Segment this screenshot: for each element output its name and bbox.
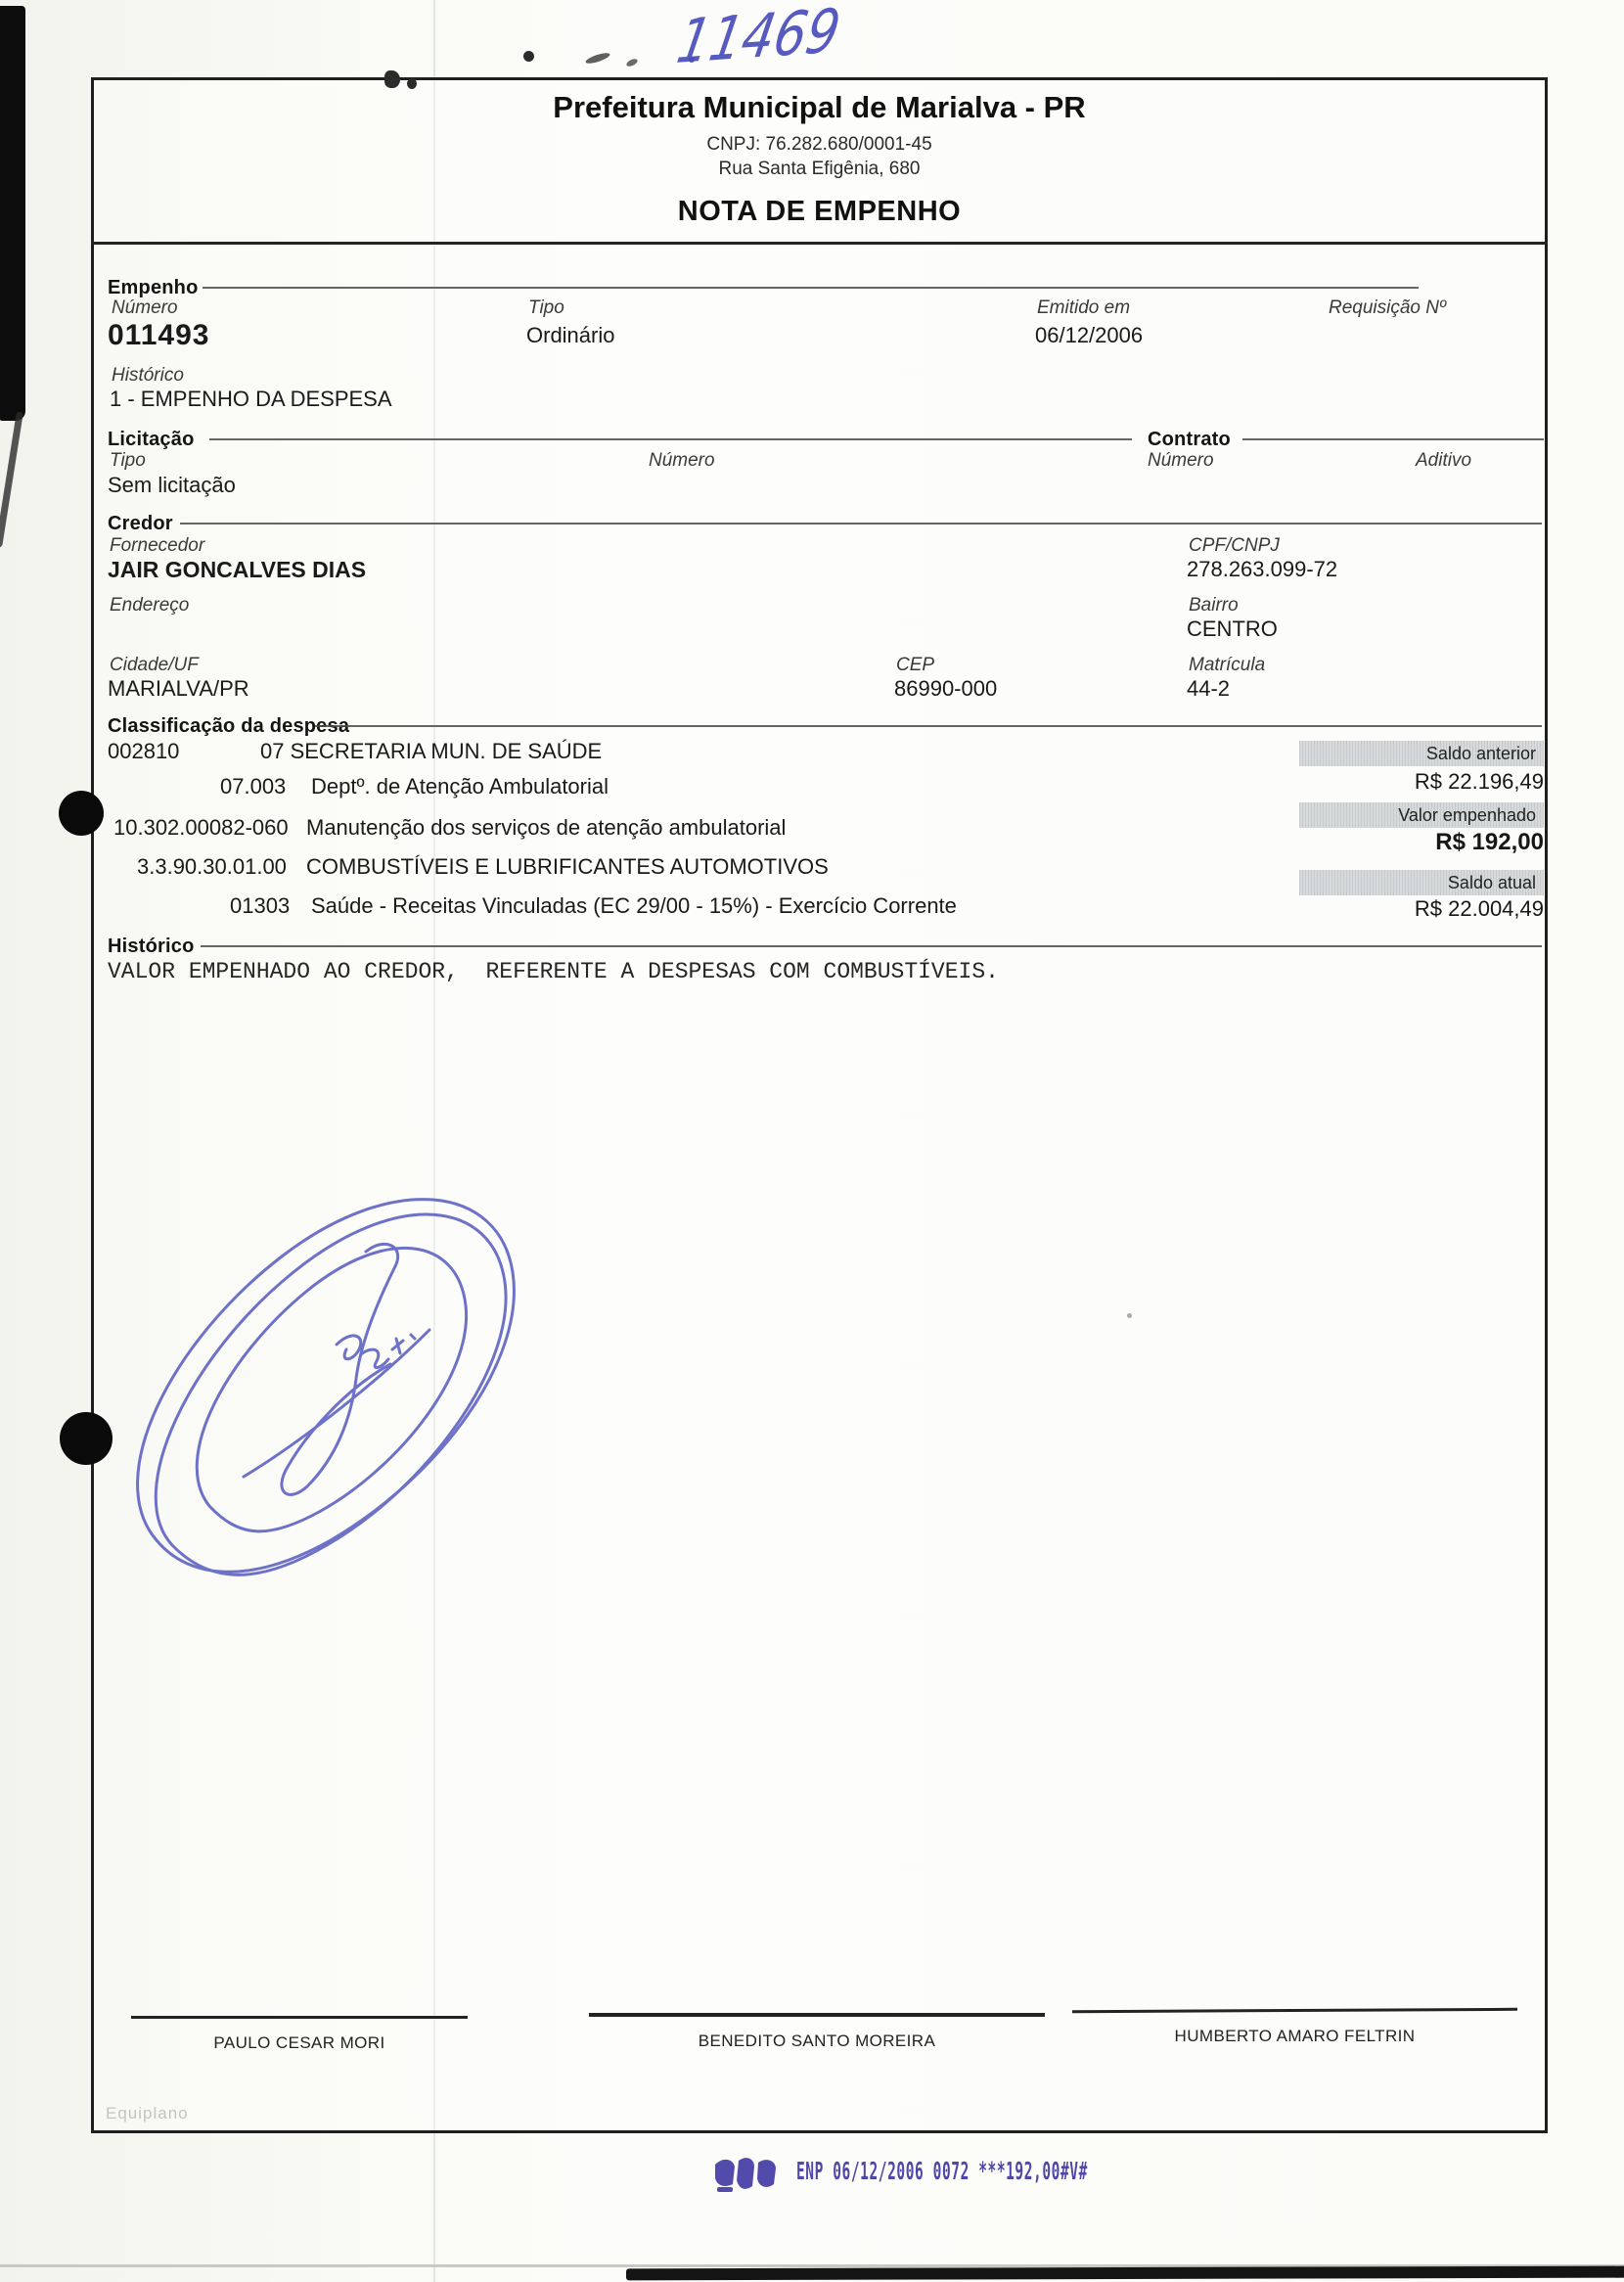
software-watermark: Equiplano [106,2104,189,2123]
empenho-tipo-value: Ordinário [526,323,614,348]
empenho-tipo-label: Tipo [528,297,564,319]
ink-speck [523,51,534,62]
saldo-anterior-bar: Saldo anterior [1299,741,1544,766]
empenho-historico-value: 1 - EMPENHO DA DESPESA [110,387,392,412]
section-classificacao-rule [315,725,1542,727]
ink-speck [625,58,638,68]
credor-fornecedor-label: Fornecedor [110,535,204,557]
saldo-atual-value: R$ 22.004,49 [1299,896,1544,922]
classification-row-text: Deptº. de Atenção Ambulatorial [311,774,609,799]
handwritten-page-number: 11469 [672,0,845,77]
credor-matricula-value: 44-2 [1187,676,1230,702]
section-credor-rule [180,523,1542,525]
section-historico-rule [201,945,1542,947]
empenho-emitido-label: Emitido em [1037,297,1130,319]
saldo-atual-bar: Saldo atual [1299,870,1544,895]
header-divider [91,242,1548,245]
valor-empenhado-bar: Valor empenhado [1299,802,1544,828]
credor-cpf-label: CPF/CNPJ [1189,535,1280,557]
contrato-aditivo-label: Aditivo [1416,450,1471,472]
empenho-emitido-value: 06/12/2006 [1035,323,1143,348]
classification-row-code: 3.3.90.30.01.00 [137,854,287,880]
classification-row-code: 10.302.00082-060 [113,815,289,841]
hole-punch-mark [60,1412,113,1465]
ink-speck [1127,1313,1132,1318]
scan-edge-left-streak [0,411,23,547]
section-empenho-rule [203,287,1419,289]
header-title: Prefeitura Municipal de Marialva - PR [91,90,1548,125]
ink-speck [384,70,400,88]
empenho-requisicao-label: Requisição Nº [1329,297,1446,319]
document-type-title: NOTA DE EMPENHO [91,196,1548,228]
historico-text: VALOR EMPENHADO AO CREDOR, REFERENTE A D… [108,959,999,984]
ink-speck [585,51,611,66]
section-contrato-label: Contrato [1148,429,1231,451]
hole-punch-mark [59,791,104,836]
section-licitacao-rule [209,438,1132,440]
section-historico-label: Histórico [108,936,194,958]
signature-name: BENEDITO SANTO MOREIRA [589,2031,1045,2051]
licitacao-tipo-value: Sem licitação [108,473,236,498]
credor-bairro-label: Bairro [1189,595,1239,616]
section-licitacao-label: Licitação [108,429,195,451]
licitacao-tipo-label: Tipo [110,450,146,472]
signature-line [131,2016,468,2019]
credor-matricula-label: Matrícula [1189,655,1265,676]
credor-cidade-label: Cidade/UF [110,655,199,676]
classification-row-code: 002810 [108,739,179,764]
valor-empenhado-value: R$ 192,00 [1299,829,1544,856]
saldo-anterior-value: R$ 22.196,49 [1299,769,1544,795]
signature-name: PAULO CESAR MORI [131,2033,468,2053]
empenho-historico-label: Histórico [112,365,184,387]
classification-row-code: 01303 [230,893,290,919]
credor-cpf-value: 278.263.099-72 [1187,557,1337,582]
classification-row-text: COMBUSTÍVEIS E LUBRIFICANTES AUTOMOTIVOS [306,854,829,880]
licitacao-numero-label: Número [649,450,715,472]
classification-row-text: Saúde - Receitas Vinculadas (EC 29/00 - … [311,893,957,919]
classification-row-text: Manutenção dos serviços de atenção ambul… [306,815,786,841]
ink-speck [407,78,417,89]
credor-cidade-value: MARIALVA/PR [108,676,249,702]
header-cnpj: CNPJ: 76.282.680/0001-45 [91,134,1548,156]
handwritten-signature [115,1153,536,1583]
signature-name: HUMBERTO AMARO FELTRIN [1072,2027,1517,2046]
signature-line [589,2013,1045,2017]
section-credor-label: Credor [108,513,173,535]
section-contrato-rule [1242,438,1544,440]
section-classificacao-label: Classificação da despesa [108,715,349,738]
section-empenho-label: Empenho [108,277,199,299]
classification-row-text: 07 SECRETARIA MUN. DE SAÚDE [260,739,602,764]
stamp-logo-mark [713,2155,778,2194]
scan-edge-bottom-band [626,2266,1624,2281]
empenho-numero-value: 011493 [108,319,209,352]
credor-cep-value: 86990-000 [894,676,997,702]
scan-edge-left-strip [0,6,25,421]
contrato-numero-label: Número [1148,450,1214,472]
credor-cep-label: CEP [896,655,934,676]
credor-bairro-value: CENTRO [1187,616,1278,642]
classification-row-code: 07.003 [220,774,286,799]
empenho-numero-label: Número [112,297,178,319]
credor-endereco-label: Endereço [110,595,189,616]
credor-fornecedor-value: JAIR GONCALVES DIAS [108,557,366,583]
header-address: Rua Santa Efigênia, 680 [91,159,1548,180]
stamp-text: ENP 06/12/2006 0072 ***192,00#V# [796,2157,1088,2185]
